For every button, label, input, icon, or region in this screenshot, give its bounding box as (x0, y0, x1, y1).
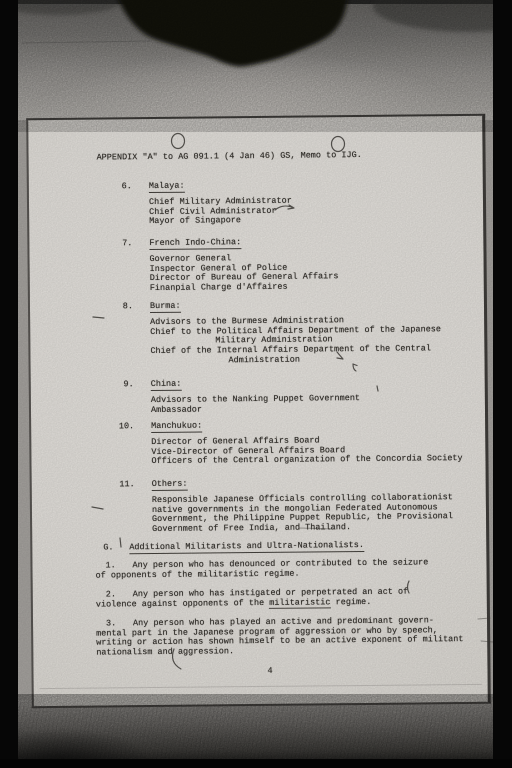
section-title: Others: (152, 479, 188, 491)
g-section-heading: Additional Militarists and Ultra-Nationa… (129, 540, 364, 554)
section-title: Malaya: (149, 181, 185, 193)
photo-top-exposure (0, 0, 512, 120)
section-burma: 8.Burma:Advisors to the Burmese Administ… (30, 298, 489, 312)
photo-edge-left (0, 0, 18, 768)
doc-line: of opponents of the militaristic regime. (96, 567, 496, 580)
doc-line: Government of Free India, and Thailand. (152, 522, 453, 535)
section-number: 11. (108, 479, 135, 489)
section-frenchindochina: 7.French Indo-China:Governor GeneralInsp… (29, 235, 488, 249)
section-title: Burma: (150, 301, 181, 313)
section-number: 8. (106, 301, 133, 311)
section-lines: Advisors to the Nanking Puppet Governmen… (151, 394, 360, 415)
section-title: China: (151, 379, 182, 391)
section-lines: Chief Military AdministratorChief Civil … (149, 197, 292, 227)
section-number: 7. (105, 238, 132, 248)
section-lines: Director of General Affairs BoardVice-Di… (151, 435, 462, 467)
paragraph-1: 1.Any person who has denounced or contri… (95, 558, 495, 581)
photo-edge-right (493, 0, 512, 768)
document-page: APPENDIX "A" to AG 091.1 (4 Jan 46) GS, … (26, 114, 491, 708)
doc-line: violence against opponents of the milita… (96, 596, 496, 609)
section-lines: Governor GeneralInspector General of Pol… (149, 253, 338, 294)
section-lines: Responsible Japanese Officials controlli… (152, 493, 453, 535)
doc-line: Ambassador (151, 404, 360, 416)
appendix-header: APPENDIX "A" to AG 091.1 (4 Jan 46) GS, … (97, 150, 362, 163)
shadow-right-blob (373, 0, 512, 32)
doc-line: Officers of the Central organization of … (151, 454, 462, 467)
doc-line: Mayor of Singapore (149, 216, 292, 227)
photo-bottom-exposure (0, 700, 512, 768)
section-title: French Indo-China: (149, 237, 241, 249)
shadow-left-blob (0, 0, 120, 15)
section-number: 6. (105, 181, 132, 191)
document-content: APPENDIX "A" to AG 091.1 (4 Jan 46) GS, … (28, 116, 488, 706)
doc-line: nationalism and aggression. (96, 644, 496, 657)
section-title: Manchukuo: (151, 421, 202, 433)
scratch-line (22, 41, 150, 43)
section-others: 11.Others:Responsible Japanese Officials… (32, 476, 491, 490)
torn-paper-shadow (0, 0, 512, 122)
section-china: 9.China:Advisors to the Nanking Puppet G… (31, 376, 490, 390)
paragraph-3: 3.Any person who has played an active an… (96, 616, 496, 658)
section-manchukuo: 10.Manchukuo:Director of General Affairs… (31, 418, 490, 432)
paragraph-2: 2.Any person who has instigated or perpe… (96, 587, 496, 610)
g-section-letter: G. (103, 542, 113, 552)
doc-line: Finanpial Charge d'Affaires (150, 282, 339, 294)
section-malaya: 6.Malaya:Chief Military AdministratorChi… (29, 178, 488, 192)
section-lines: Advisors to the Burmese AdministrationCh… (150, 315, 441, 366)
photo-edge-bottom (0, 759, 512, 768)
page-number: 4 (267, 666, 272, 676)
scanned-document-photo: APPENDIX "A" to AG 091.1 (4 Jan 46) GS, … (0, 0, 512, 768)
section-number: 9. (107, 379, 134, 389)
torn-edge-blob (117, 0, 348, 66)
section-number: 10. (107, 421, 134, 431)
